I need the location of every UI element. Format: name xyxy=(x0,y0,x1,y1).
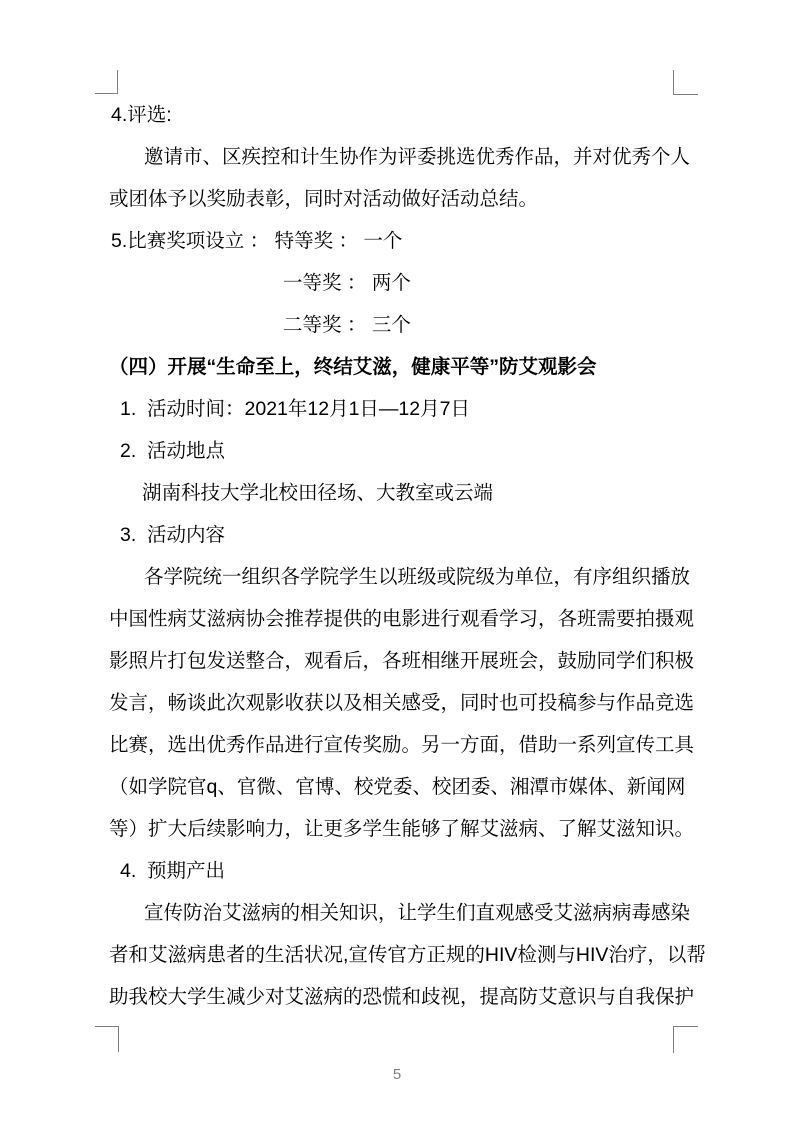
list-number: 3. xyxy=(109,514,147,556)
awards-line-second-prize: 二等奖 ： 三个 xyxy=(109,304,694,346)
document-page: 4.评选: 邀请市、区疾控和计生协作为评委挑选优秀作品，并对优秀个人 或团体予以… xyxy=(0,0,794,1123)
list-number: 1. xyxy=(109,388,147,430)
judging-paragraph-line-1: 邀请市、区疾控和计生协作为评委挑选优秀作品，并对优秀个人 xyxy=(109,136,694,178)
text-boundary-mark-bottom-right xyxy=(673,1026,698,1053)
list-item-activity-place: 2.活动地点 xyxy=(109,430,694,472)
list-item-text: 活动时间：2021年12月1日—12月7日 xyxy=(147,398,470,420)
list-item-activity-content: 3.活动内容 xyxy=(109,514,694,556)
section-heading-movie-event: （四）开展“生命至上，终结艾滋，健康平等”防艾观影会 xyxy=(109,346,694,388)
content-paragraph-line-1: 各学院统一组织各学院学生以班级或院级为单位，有序组织播放 xyxy=(109,556,694,598)
content-paragraph-line-2: 中国性病艾滋病协会推荐提供的电影进行观看学习，各班需要拍摄观 xyxy=(109,598,694,640)
list-number: 4. xyxy=(109,850,147,892)
awards-line-first-prize: 一等奖 ： 两个 xyxy=(109,262,694,304)
list-item-text: 活动地点 xyxy=(147,440,225,462)
content-paragraph-line-5: 比赛，选出优秀作品进行宣传奖励。另一方面，借助一系列宣传工具 xyxy=(109,724,694,766)
output-paragraph-line-3: 助我校大学生减少对艾滋病的恐慌和歧视，提高防艾意识与自我保护 xyxy=(109,976,694,1018)
page-number: 5 xyxy=(0,1064,794,1086)
text-boundary-mark-bottom-left xyxy=(95,1026,119,1052)
judging-paragraph-line-2: 或团体予以奖励表彰，同时对活动做好活动总结。 xyxy=(109,178,694,220)
list-number: 2. xyxy=(109,430,147,472)
location-line: 湖南科技大学北校田径场、大教室或云端 xyxy=(109,472,694,514)
output-paragraph-line-2: 者和艾滋病患者的生活状况,宣传官方正规的HIV检测与HIV治疗，以帮 xyxy=(109,934,694,976)
text-boundary-mark-top-right xyxy=(673,70,698,95)
awards-line-special-prize: 5.比赛奖项设立 ： 特等奖 ： 一个 xyxy=(109,220,694,262)
section-4-label: 4.评选: xyxy=(109,94,694,136)
list-item-text: 活动内容 xyxy=(147,524,225,546)
output-paragraph-line-1: 宣传防治艾滋病的相关知识，让学生们直观感受艾滋病病毒感染 xyxy=(109,892,694,934)
content-paragraph-line-6: （如学院官q、官微、官博、校党委、校团委、湘潭市媒体、新闻网 xyxy=(109,766,694,808)
text-boundary-mark-top-left xyxy=(95,70,118,94)
list-item-expected-output: 4.预期产出 xyxy=(109,850,694,892)
content-paragraph-line-3: 影照片打包发送整合，观看后，各班相继开展班会，鼓励同学们积极 xyxy=(109,640,694,682)
document-body: 4.评选: 邀请市、区疾控和计生协作为评委挑选优秀作品，并对优秀个人 或团体予以… xyxy=(109,94,694,1018)
list-item-activity-time: 1.活动时间：2021年12月1日—12月7日 xyxy=(109,388,694,430)
content-paragraph-line-4: 发言，畅谈此次观影收获以及相关感受，同时也可投稿参与作品竞选 xyxy=(109,682,694,724)
content-paragraph-line-7: 等）扩大后续影响力，让更多学生能够了解艾滋病、了解艾滋知识。 xyxy=(109,808,694,850)
list-item-text: 预期产出 xyxy=(147,860,225,882)
